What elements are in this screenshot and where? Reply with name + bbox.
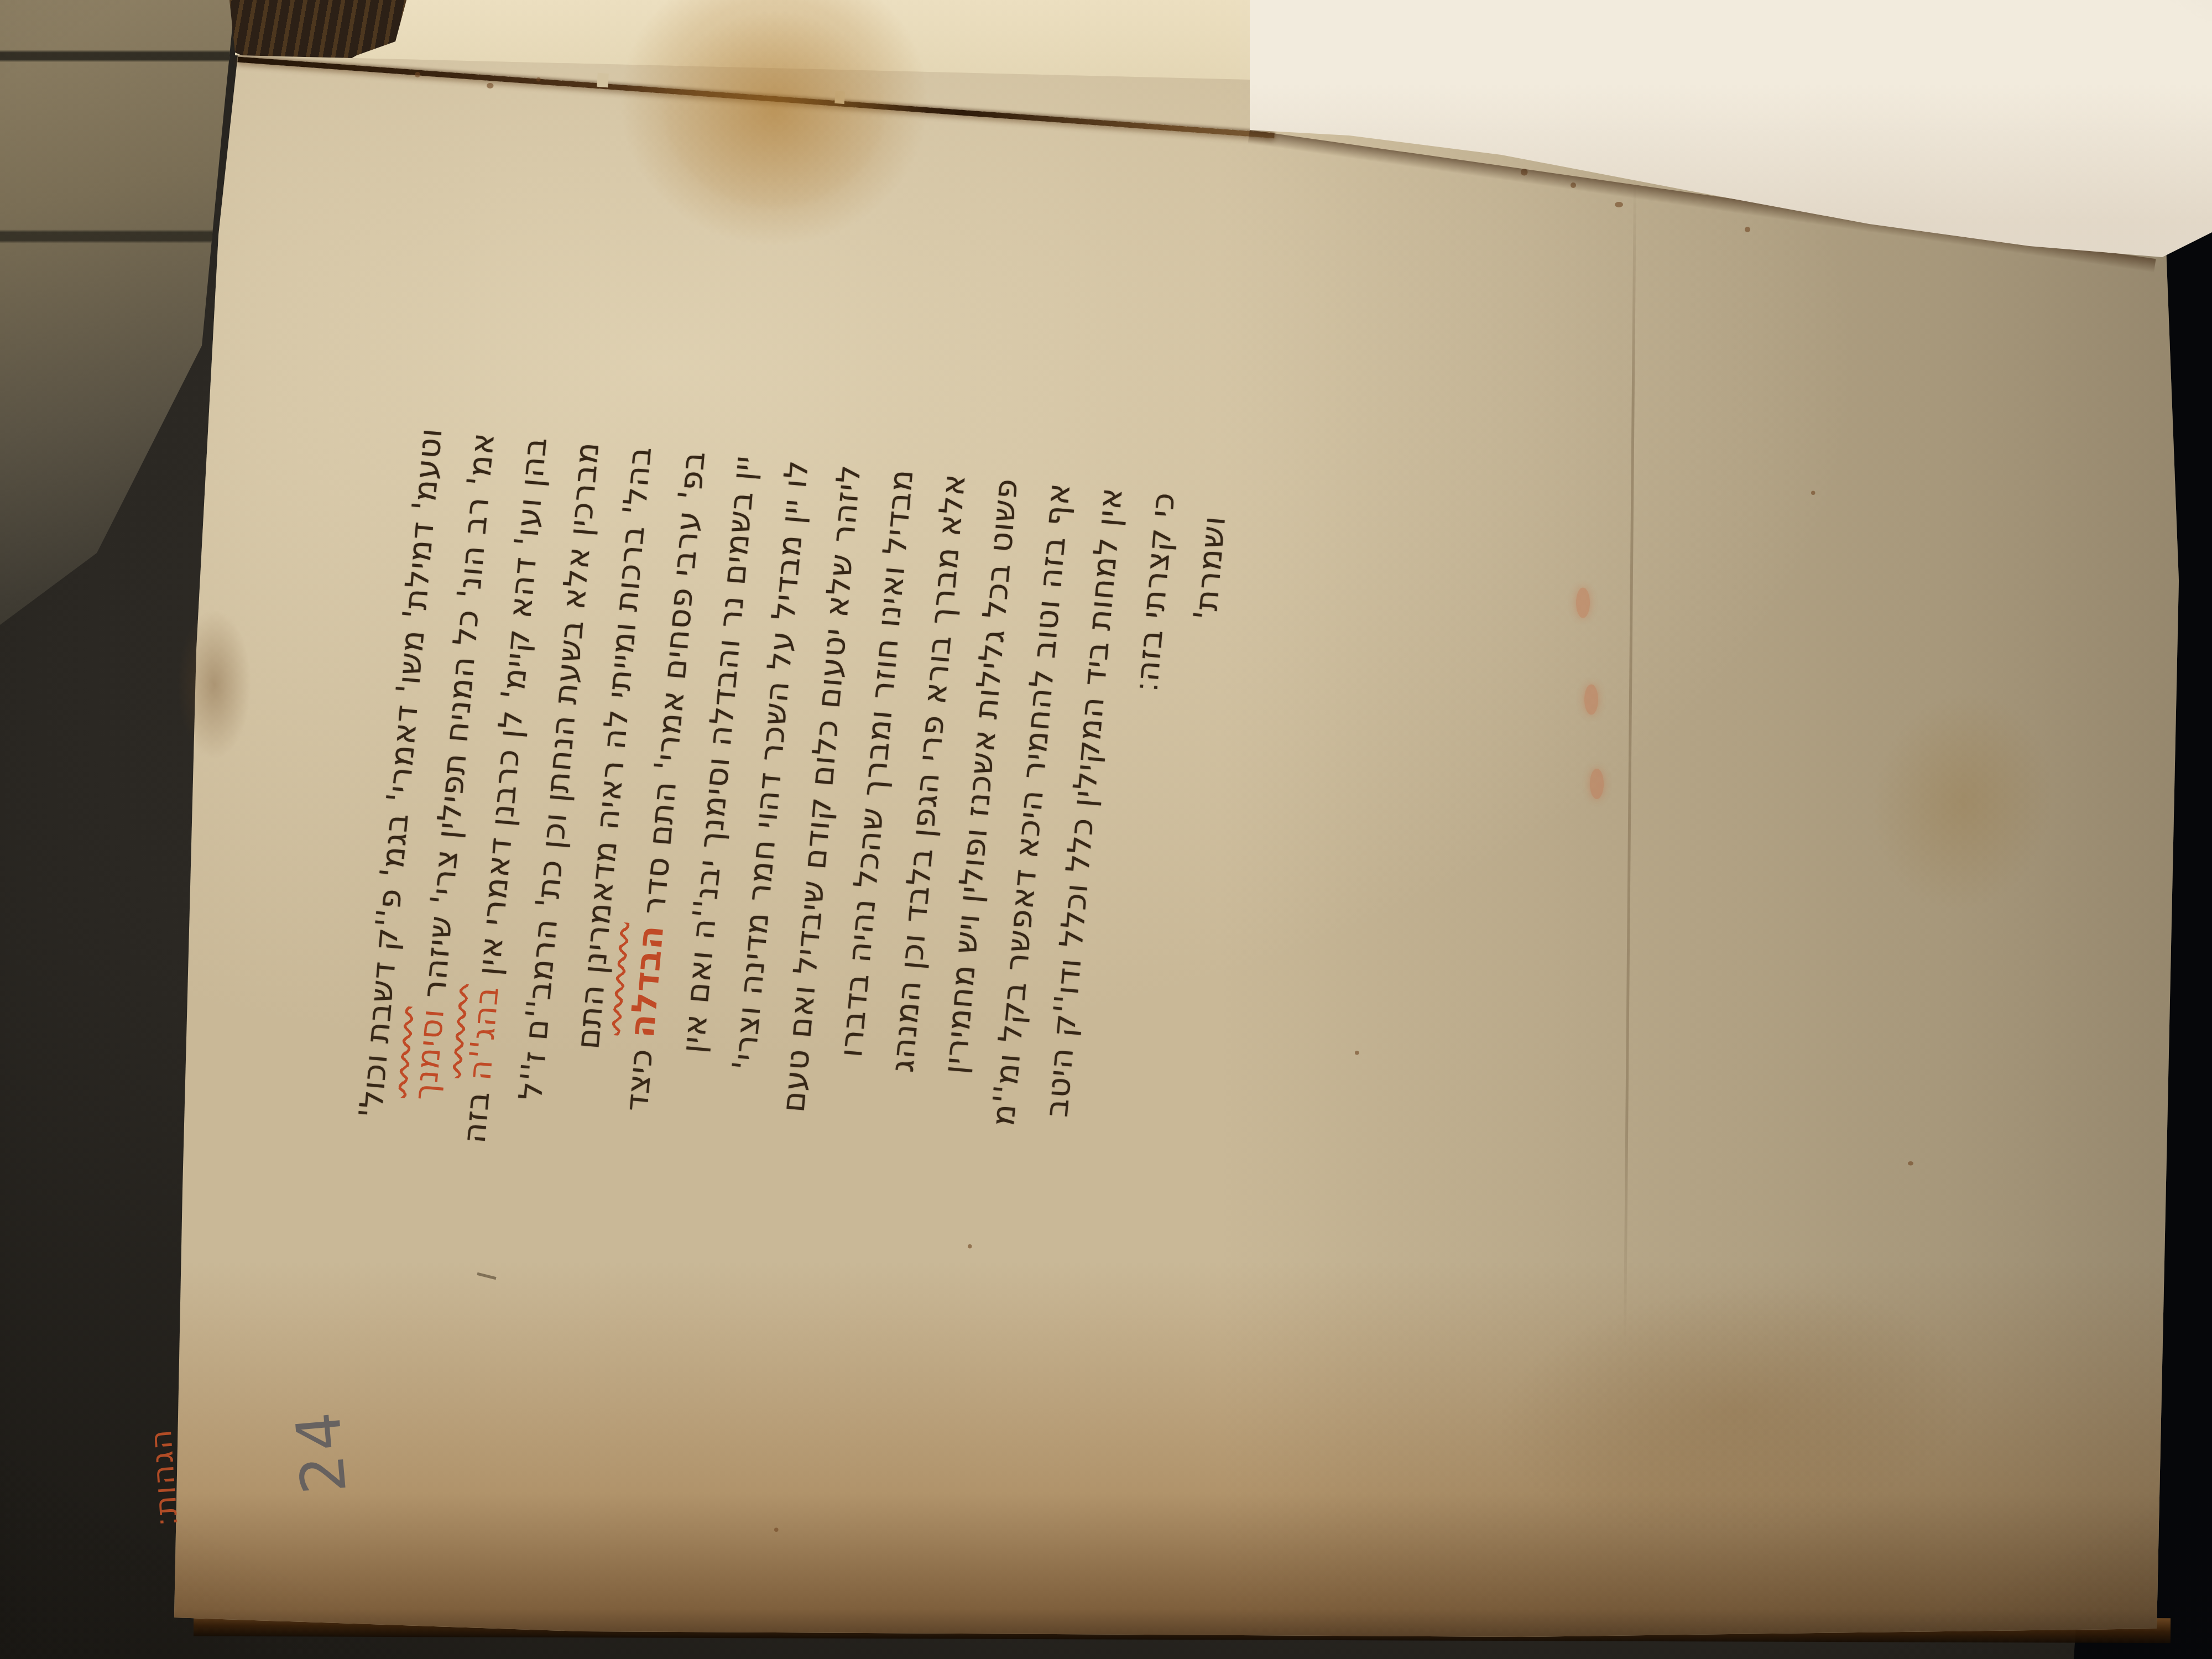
catchword: ושמרת'	[1188, 514, 1233, 622]
rubric-word: וסימנך	[408, 1007, 452, 1102]
foxing-speck	[968, 1244, 972, 1249]
red-ink-offset-ghost	[1590, 769, 1604, 799]
ink-speck	[774, 1528, 779, 1532]
foxing-speck	[1615, 202, 1623, 207]
stain-bottom-right	[1395, 1211, 2075, 1609]
foxing-speck	[1908, 1161, 1913, 1166]
foxing-speck	[415, 72, 420, 77]
stain-gutter-top	[594, 0, 954, 276]
foxing-speck	[1811, 491, 1815, 495]
red-ink-offset-ghost	[1584, 685, 1598, 715]
stain-left-margin	[163, 581, 265, 788]
line-segment: בזה	[457, 1079, 498, 1145]
handwritten-text-rotated: וטעמ' דמילת' משו' דאמרי' בגמ' פ''ק דשבת …	[346, 426, 1246, 1188]
rubric-word: בהג''ה	[462, 984, 507, 1082]
photo-viewport: וטעמ' דמילת' משו' דאמרי' בגמ' פ''ק דשבת …	[0, 0, 2212, 1659]
line-segment: כיצד	[619, 1036, 661, 1113]
manuscript-photo-scene: וטעמ' דמילת' משו' דאמרי' בגמ' פ''ק דשבת …	[0, 0, 2212, 1659]
marginal-gloss-text: הגהות׃	[144, 1427, 186, 1527]
red-ink-offset-ghost	[1576, 588, 1590, 618]
rubric-heading-underlined: הבדלה	[622, 923, 671, 1039]
foxing-speck	[1745, 227, 1750, 232]
folio-number-pencil: 24	[299, 1380, 376, 1524]
handwritten-text-block: וטעמ' דמילת' משו' דאמרי' בגמ' פ''ק דשבת …	[346, 426, 1258, 1200]
foxing-speck	[487, 83, 494, 88]
stain-right-middle	[1814, 630, 2112, 973]
folio-number-text: 24	[283, 1405, 361, 1497]
foxing-speck	[536, 77, 541, 82]
marginal-gloss-red: הגהות׃	[163, 1388, 246, 1582]
foxing-speck	[1355, 1051, 1359, 1055]
line-segment: כי קצרתי בזה׃	[1129, 491, 1182, 693]
